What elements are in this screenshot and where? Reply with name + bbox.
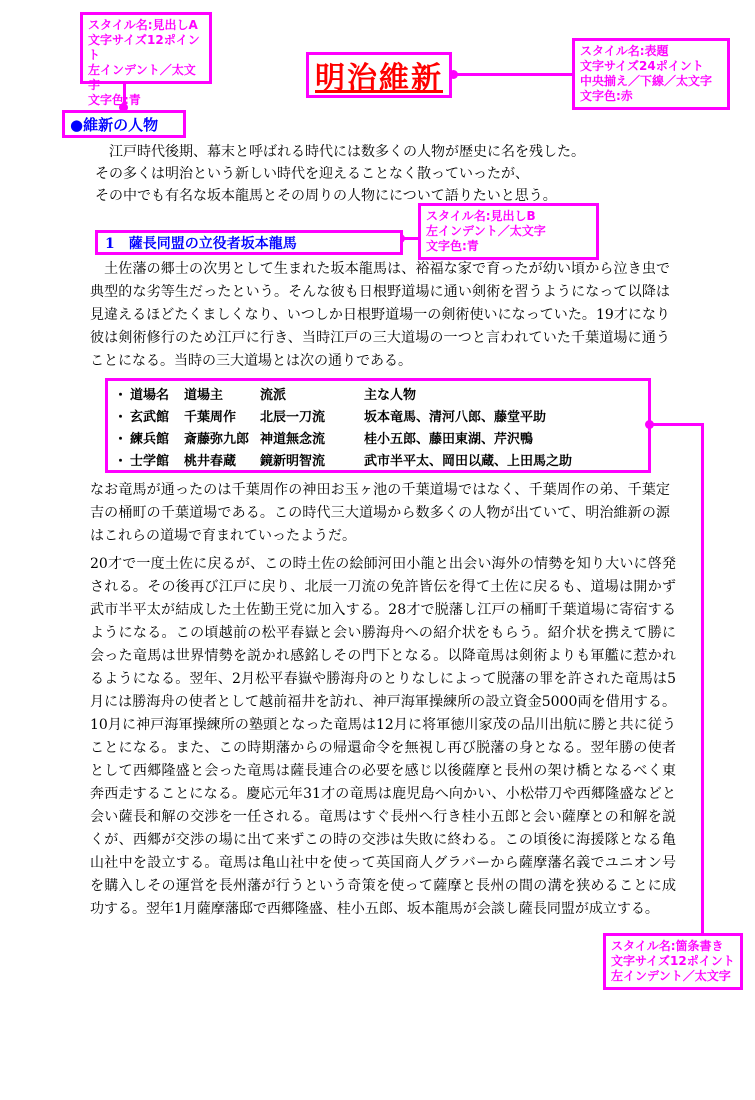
col-people: 武市半平太、岡田以蔵、上田馬之助	[364, 451, 642, 473]
style-callout-heading-a: スタイル名:見出しA 文字サイズ12ポイント 左インデント／太文字 文字色:青	[80, 12, 212, 84]
section-heading: ●維新の人物	[65, 113, 183, 135]
col-dojo-master: 道場主	[184, 385, 260, 407]
col-people: 坂本竜馬、清河八郎、藤堂平助	[364, 407, 642, 429]
paragraph-dojo: 土佐藩の郷士の次男として生まれた坂本龍馬は、裕福な家で育ったが幼い頃から泣き虫で…	[90, 258, 670, 373]
sub-heading-box: 1 薩長同盟の立役者坂本龍馬	[95, 230, 403, 255]
col-dojo-name: 士学館	[130, 451, 184, 473]
col-dojo-master: 千葉周作	[184, 407, 260, 429]
dojo-table-box: ・ 道場名 道場主 流派 主な人物 ・ 玄武館 千葉周作 北辰一刀流 坂本竜馬、…	[105, 378, 651, 473]
document-title: 明治維新	[309, 55, 449, 95]
intro-paragraph: 江戸時代後期、幕末と呼ばれる時代には数多くの人物が歴史に名を残した。 その多くは…	[95, 141, 670, 207]
col-style: 流派	[260, 385, 364, 407]
col-style: 北辰一刀流	[260, 407, 364, 429]
connector-line-table-horizontal	[652, 423, 704, 426]
connector-line-title	[455, 73, 572, 76]
document-page: スタイル名:見出しA 文字サイズ12ポイント 左インデント／太文字 文字色:青 …	[0, 0, 755, 1100]
list-bullet: ・	[114, 429, 130, 451]
col-dojo-name: 道場名	[130, 385, 184, 407]
col-dojo-master: 桃井春蔵	[184, 451, 260, 473]
list-bullet: ・	[114, 451, 130, 473]
col-people: 桂小五郎、藤田東湖、芹沢鴨	[364, 429, 642, 451]
style-callout-heading-b: スタイル名:見出しB 左インデント／太文字 文字色:青	[418, 203, 599, 260]
style-callout-bullets: スタイル名:箇条書き 文字サイズ12ポイント 左インデント／太文字	[603, 933, 743, 990]
col-people: 主な人物	[364, 385, 642, 407]
style-callout-title: スタイル名:表題 文字サイズ24ポイント 中央揃え／下線／太文字 文字色:赤	[572, 38, 730, 110]
table-row: ・ 練兵館 斎藤弥九郎 神道無念流 桂小五郎、藤田東湖、芹沢鴨	[114, 429, 642, 451]
connector-line-table-vertical	[701, 423, 704, 935]
col-dojo-master: 斎藤弥九郎	[184, 429, 260, 451]
table-row: ・ 玄武館 千葉周作 北辰一刀流 坂本竜馬、清河八郎、藤堂平助	[114, 407, 642, 429]
title-box: 明治維新	[306, 52, 452, 98]
sub-heading: 1 薩長同盟の立役者坂本龍馬	[98, 233, 400, 252]
col-dojo-name: 練兵館	[130, 429, 184, 451]
table-row: ・ 士学館 桃井春蔵 鏡新明智流 武市半平太、岡田以蔵、上田馬之助	[114, 451, 642, 473]
table-row: ・ 道場名 道場主 流派 主な人物	[114, 385, 642, 407]
list-bullet: ・	[114, 385, 130, 407]
col-style: 鏡新明智流	[260, 451, 364, 473]
col-style: 神道無念流	[260, 429, 364, 451]
list-bullet: ・	[114, 407, 130, 429]
section-heading-box: ●維新の人物	[62, 110, 186, 138]
paragraph-chiba: なお竜馬が通ったのは千葉周作の神田お玉ヶ池の千葉道場ではなく、千葉周作の弟、千葉…	[90, 479, 670, 548]
col-dojo-name: 玄武館	[130, 407, 184, 429]
paragraph-ryoma: 20才で一度土佐に戻るが、この時土佐の絵師河田小龍と出会い海外の情勢を知り大いに…	[90, 553, 676, 921]
